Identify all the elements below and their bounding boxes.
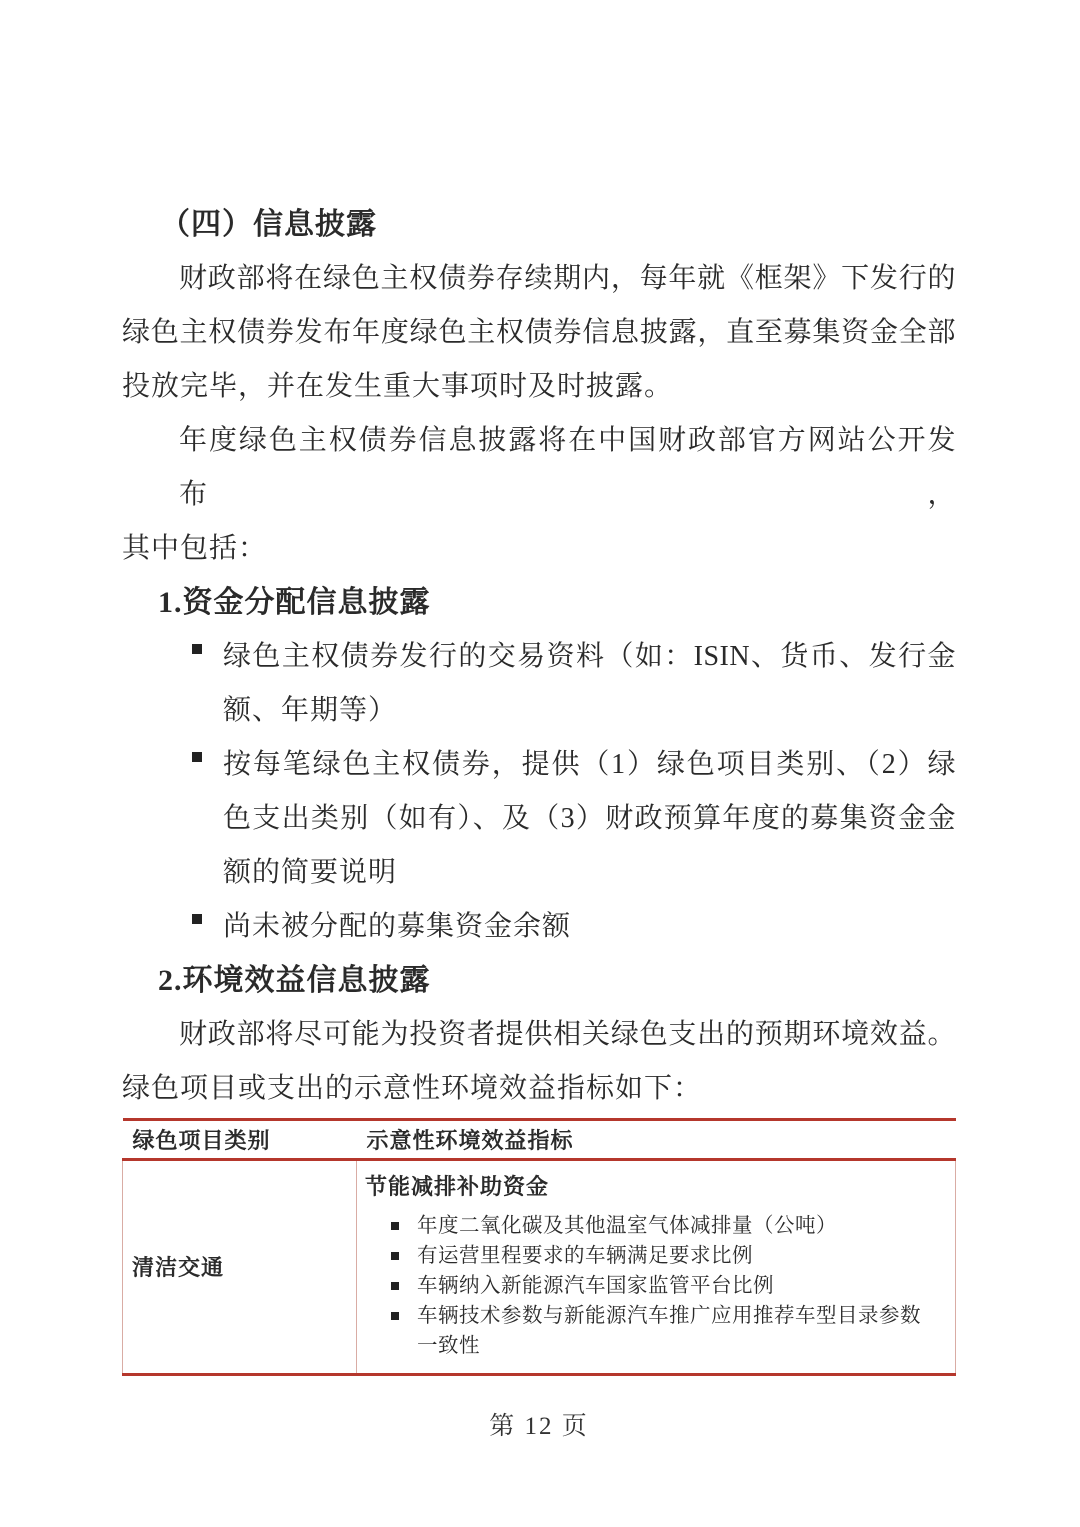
bullet-square-icon (391, 1222, 399, 1230)
subsection-heading-environmental-benefit: 2.环境效益信息披露 (122, 954, 956, 1008)
text-line: 财政部将尽可能为投资者提供相关绿色支出的预期环境效益。 (122, 1008, 956, 1062)
table-header-row: 绿色项目类别 示意性环境效益指标 (123, 1120, 956, 1160)
fund-allocation-bullet-list: 绿色主权债券发行的交易资料（如：ISIN、货币、发行金 额、年期等） 按每笔绿色… (122, 630, 956, 954)
bullet-square-icon (192, 644, 202, 654)
paragraph-expected-benefit: 财政部将尽可能为投资者提供相关绿色支出的预期环境效益。 绿色项目或支出的示意性环… (122, 1008, 956, 1116)
bullet-square-icon (391, 1282, 399, 1290)
text-line: 有运营里程要求的车辆满足要求比例 (417, 1241, 949, 1271)
table-cell-category: 清洁交通 (123, 1160, 357, 1375)
indicator-bullet-list: 年度二氧化碳及其他温室气体减排量（公吨） 有运营里程要求的车辆满足要求比例 车辆… (365, 1211, 949, 1361)
text-line: 绿色主权债券发布年度绿色主权债券信息披露，直至募集资金全部 (122, 306, 956, 360)
list-item: 绿色主权债券发行的交易资料（如：ISIN、货币、发行金 额、年期等） (122, 630, 956, 738)
text-line: 绿色主权债券发行的交易资料（如：ISIN、货币、发行金 (223, 630, 956, 684)
environmental-indicator-table: 绿色项目类别 示意性环境效益指标 清洁交通 节能减排补助资金 年度二氧化碳及其他… (122, 1118, 956, 1376)
table-header-category: 绿色项目类别 (123, 1120, 357, 1160)
text-line: 绿色项目或支出的示意性环境效益指标如下： (122, 1062, 956, 1116)
paragraph-website-publication: 年度绿色主权债券信息披露将在中国财政部官方网站公开发布， 其中包括： (122, 414, 956, 576)
text-line: 其中包括： (122, 522, 956, 576)
text-line: 年度二氧化碳及其他温室气体减排量（公吨） (417, 1211, 949, 1241)
paragraph-annual-disclosure: 财政部将在绿色主权债券存续期内，每年就《框架》下发行的 绿色主权债券发布年度绿色… (122, 252, 956, 414)
cell-subheading: 节能减排补助资金 (365, 1171, 949, 1203)
text-line: 车辆技术参数与新能源汽车推广应用推荐车型目录参数 (417, 1301, 949, 1331)
text-line: 按每笔绿色主权债券，提供（1）绿色项目类别、（2）绿 (223, 738, 956, 792)
text-line: 年度绿色主权债券信息披露将在中国财政部官方网站公开发布， (122, 414, 956, 522)
list-item: 按每笔绿色主权债券，提供（1）绿色项目类别、（2）绿 色支出类别（如有）、及（3… (122, 738, 956, 900)
list-item: 年度二氧化碳及其他温室气体减排量（公吨） (365, 1211, 949, 1241)
text-line: 额的简要说明 (223, 846, 956, 900)
table-cell-indicators: 节能减排补助资金 年度二氧化碳及其他温室气体减排量（公吨） 有运营里程要求的车辆… (357, 1160, 956, 1375)
text-line: 一致性 (417, 1331, 949, 1361)
text-line: 财政部将在绿色主权债券存续期内，每年就《框架》下发行的 (122, 252, 956, 306)
page-number: 第 12 页 (122, 1406, 956, 1442)
text-line: 色支出类别（如有）、及（3）财政预算年度的募集资金金 (223, 792, 956, 846)
table-header-indicators: 示意性环境效益指标 (357, 1120, 956, 1160)
document-page: （四）信息披露 财政部将在绿色主权债券存续期内，每年就《框架》下发行的 绿色主权… (0, 0, 1080, 1527)
bullet-square-icon (391, 1252, 399, 1260)
subsection-heading-fund-allocation: 1.资金分配信息披露 (122, 576, 956, 630)
list-item: 有运营里程要求的车辆满足要求比例 (365, 1241, 949, 1271)
bullet-square-icon (192, 914, 202, 924)
text-line: 尚未被分配的募集资金余额 (223, 900, 956, 954)
bullet-square-icon (391, 1312, 399, 1320)
section-heading: （四）信息披露 (122, 198, 956, 252)
list-item: 车辆技术参数与新能源汽车推广应用推荐车型目录参数 一致性 (365, 1301, 949, 1361)
bullet-square-icon (192, 752, 202, 762)
table-row: 清洁交通 节能减排补助资金 年度二氧化碳及其他温室气体减排量（公吨） 有运营里程… (123, 1160, 956, 1375)
text-line: 投放完毕，并在发生重大事项时及时披露。 (122, 360, 956, 414)
list-item: 尚未被分配的募集资金余额 (122, 900, 956, 954)
page-content: （四）信息披露 财政部将在绿色主权债券存续期内，每年就《框架》下发行的 绿色主权… (122, 198, 956, 1442)
list-item: 车辆纳入新能源汽车国家监管平台比例 (365, 1271, 949, 1301)
text-line: 额、年期等） (223, 684, 956, 738)
text-line: 车辆纳入新能源汽车国家监管平台比例 (417, 1271, 949, 1301)
